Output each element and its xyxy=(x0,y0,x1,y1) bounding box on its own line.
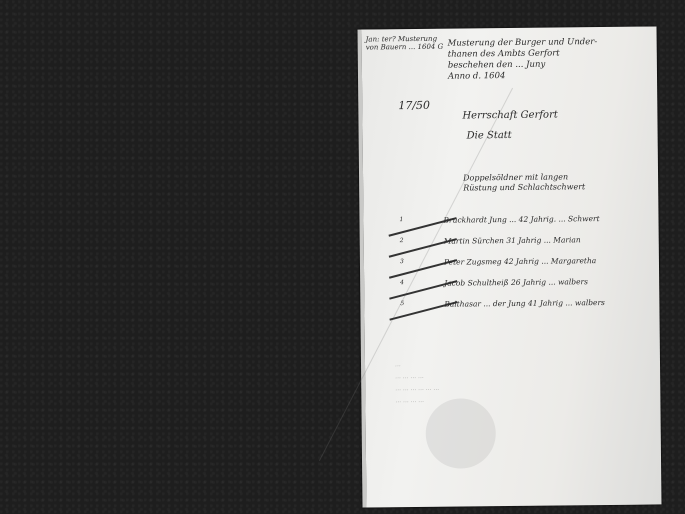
subheading: Die Statt xyxy=(467,130,512,141)
list-item: 2 Martin Sürchen 31 Jahrig ... Marian xyxy=(374,232,659,256)
water-stain xyxy=(425,398,496,469)
entry-list: 1 Bruckhardt Jung ... 42 Jahrig. ... Sch… xyxy=(373,211,659,319)
document-title: Musterung der Burger und Under- thanen d… xyxy=(448,37,648,83)
faded-text: ... ... ... ... ... ... ... ... ... ... … xyxy=(395,357,615,407)
section-title: Doppelsöldner mit langen Rüstung und Sch… xyxy=(463,171,653,193)
list-item: 5 Balthasar ... der Jung 41 Jahrig ... w… xyxy=(374,295,659,319)
heading: Herrschaft Gerfort xyxy=(462,109,558,121)
list-item: 1 Bruckhardt Jung ... 42 Jahrig. ... Sch… xyxy=(373,211,658,235)
margin-note: Jan: ter? Musterung von Bauern ... 1604 … xyxy=(366,35,446,52)
manuscript-sheet: Jan: ter? Musterung von Bauern ... 1604 … xyxy=(358,26,662,507)
list-item: 3 Peter Zugsmeg 42 Jahrig ... Margaretha xyxy=(374,253,659,277)
list-item: 4 Jacob Schultheiß 26 Jahrig ... walbers xyxy=(374,274,659,298)
folio-number: 17/50 xyxy=(398,99,430,112)
title-line: Anno d. 1604 xyxy=(448,70,648,83)
